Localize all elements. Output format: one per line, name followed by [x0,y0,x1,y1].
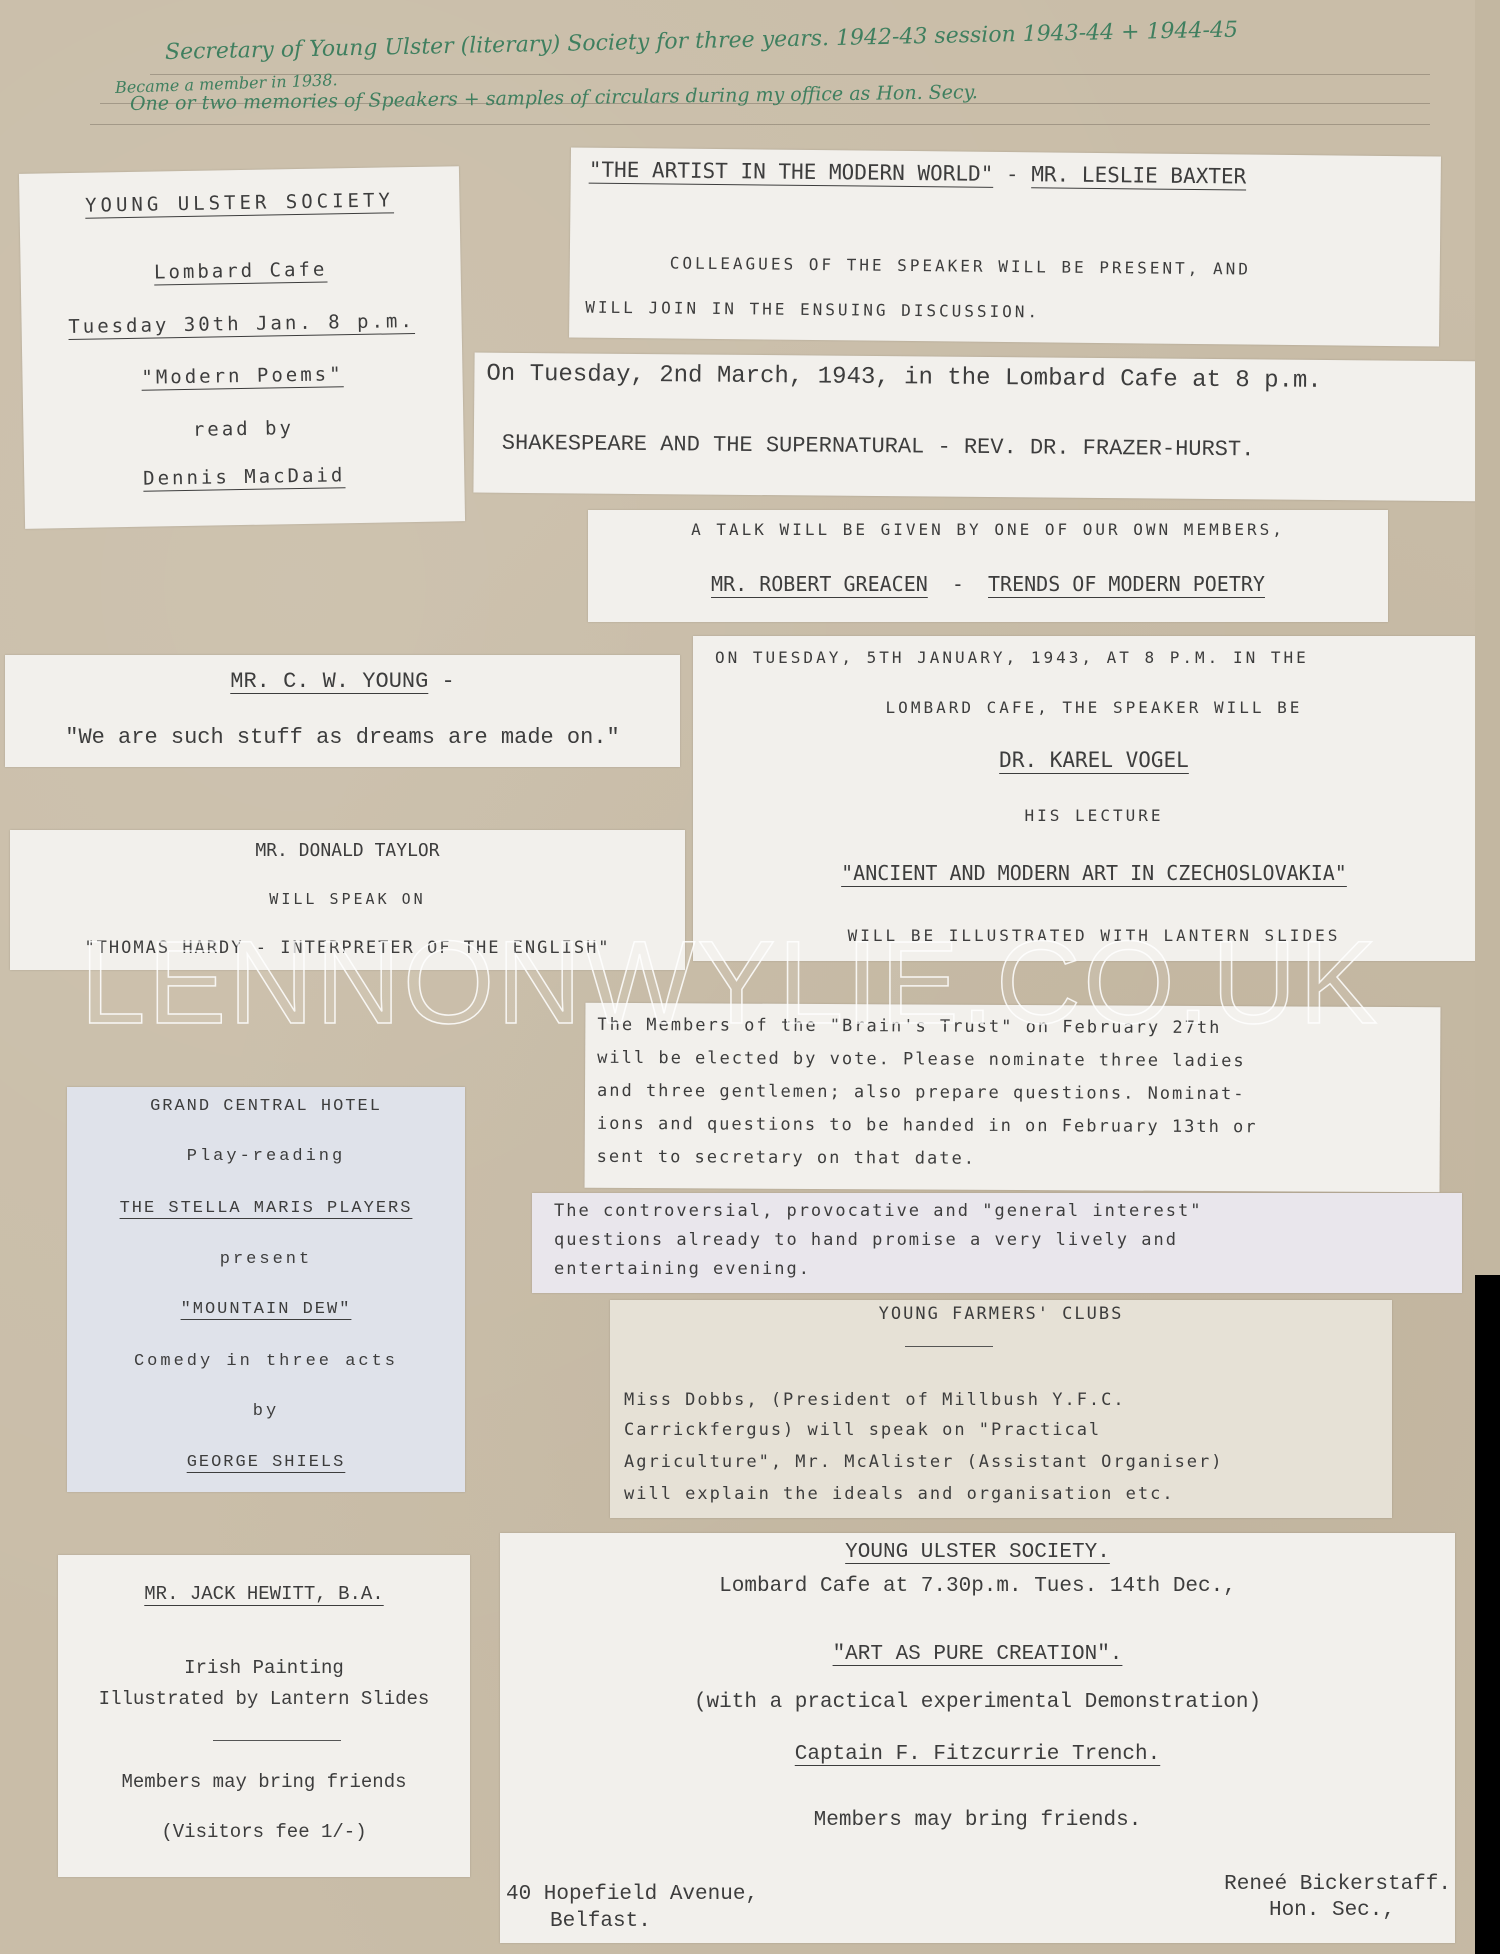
notice-line: ON TUESDAY, 5TH JANUARY, 1943, AT 8 P.M.… [715,648,1309,667]
text-line: sent to secretary on that date. [597,1147,976,1169]
clipping-title: "Modern Poems" [22,361,462,391]
author: GEORGE SHIELS [67,1453,465,1472]
quote: "We are such stuff as dreams are made on… [5,725,680,750]
speaker-name: MR. DONALD TAYLOR [10,840,685,861]
notice-line: COLLEAGUES OF THE SPEAKER WILL BE PRESEN… [670,253,1251,278]
notice-line: WILL BE ILLUSTRATED WITH LANTERN SLIDES [693,926,1475,945]
speaker-name: MR. C. W. YOUNG [230,669,428,694]
notice-line: WILL SPEAK ON [10,890,685,908]
text-line: The Members of the "Brain's Trust" on Fe… [597,1015,1221,1038]
friends-note: Members may bring friends. [500,1809,1455,1832]
visitors-fee: (Visitors fee 1/-) [58,1821,470,1843]
text-line: Miss Dobbs, (President of Millbush Y.F.C… [624,1390,1126,1410]
clipping-date: Tuesday 30th Jan. 8 p.m. [21,309,461,339]
text-line: Agriculture", Mr. McAlister (Assistant O… [624,1452,1224,1472]
genre: Comedy in three acts [67,1352,465,1371]
divider [905,1346,993,1347]
present: present [67,1250,465,1269]
dash: - [952,572,964,596]
speaker-name: DR. KAREL VOGEL [693,748,1475,772]
talk-topic: "THOMAS HARDY - INTERPRETER OF THE ENGLI… [10,938,685,958]
clipping-venue: Lombard Cafe [21,256,461,286]
dash: - [442,669,455,694]
clipping-donald-taylor: MR. DONALD TAYLOR WILL SPEAK ON "THOMAS … [10,830,685,970]
notice-line: LOMBARD CAFE, THE SPEAKER WILL BE [693,698,1475,717]
text-line: ions and questions to be handed in on Fe… [597,1114,1258,1137]
lecture-title: SHAKESPEARE AND THE SUPERNATURAL - REV. … [502,431,1255,463]
clipping-grand-central: GRAND CENTRAL HOTEL Play-reading THE STE… [67,1087,465,1492]
lecture-title: "ANCIENT AND MODERN ART IN CZECHOSLOVAKI… [693,861,1475,885]
players: THE STELLA MARIS PLAYERS [67,1199,465,1218]
speaker-name: Captain F. Fitzcurrie Trench. [500,1743,1455,1766]
speaker-name: MR. JACK HEWITT, B.A. [58,1583,470,1605]
text-line: The controversial, provocative and "gene… [554,1201,1202,1221]
text-line: entertaining evening. [554,1259,811,1279]
lecture-subtitle: (with a practical experimental Demonstra… [500,1691,1455,1714]
scrapbook-page: Secretary of Young Ulster (literary) Soc… [0,0,1475,1954]
event-when: Lombard Cafe at 7.30p.m. Tues. 14th Dec.… [500,1575,1455,1598]
clipping-brains-trust: The Members of the "Brain's Trust" on Fe… [585,1003,1441,1192]
play-title: "MOUNTAIN DEW" [67,1300,465,1319]
clipping-heading: YOUNG FARMERS' CLUBS [610,1304,1392,1324]
notice-date-line: On Tuesday, 2nd March, 1943, in the Lomb… [486,361,1322,395]
text-line: questions already to hand promise a very… [554,1230,1178,1250]
clipping-young-farmers: YOUNG FARMERS' CLUBS Miss Dobbs, (Presid… [610,1300,1392,1518]
ruled-line [90,124,1430,125]
address-line: Belfast. [550,1910,651,1933]
clipping-heading: YOUNG ULSTER SOCIETY [19,188,459,218]
page-edge [1475,0,1500,1275]
venue: GRAND CENTRAL HOTEL [67,1097,465,1116]
signature-title: Hon. Sec., [1269,1899,1395,1922]
signature-name: Reneé Bickerstaff. [1224,1873,1451,1896]
clipping-controversial: The controversial, provocative and "gene… [532,1193,1462,1293]
event-type: Play-reading [67,1147,465,1166]
notice-line: WILL JOIN IN THE ENSUING DISCUSSION. [585,298,1040,322]
clipping-heading: YOUNG ULSTER SOCIETY. [500,1541,1455,1564]
by: by [67,1402,465,1421]
handwritten-note-secretary: Secretary of Young Ulster (literary) Soc… [165,18,1238,65]
clipping-read-by: read by [23,414,463,444]
talk-subtitle: Illustrated by Lantern Slides [58,1688,470,1710]
speaker-name: MR. LESLIE BAXTER [1031,162,1246,188]
clipping-modern-poems: YOUNG ULSTER SOCIETY Lombard Cafe Tuesda… [19,166,465,529]
clipping-pure-creation: YOUNG ULSTER SOCIETY. Lombard Cafe at 7.… [500,1533,1455,1943]
dash: - [1006,162,1019,186]
text-line: Carrickfergus) will speak on "Practical [624,1420,1101,1440]
lecture-title: "ART AS PURE CREATION". [500,1643,1455,1666]
address-line: 40 Hopefield Avenue, [506,1883,758,1906]
clipping-artist-modern-world: "THE ARTIST IN THE MODERN WORLD" - MR. L… [569,147,1441,346]
talk-topic: TRENDS OF MODERN POETRY [988,572,1265,596]
clipping-karel-vogel: ON TUESDAY, 5TH JANUARY, 1943, AT 8 P.M.… [693,636,1475,961]
text-line: will explain the ideals and organisation… [624,1484,1175,1504]
notice-line: HIS LECTURE [693,806,1475,825]
divider [213,1740,341,1741]
talk-topic: Irish Painting [58,1657,470,1679]
lecture-title: "THE ARTIST IN THE MODERN WORLD" [589,158,994,186]
ruled-line [150,74,1430,75]
text-line: will be elected by vote. Please nominate… [597,1048,1246,1071]
notice-line: A TALK WILL BE GIVEN BY ONE OF OUR OWN M… [588,520,1388,539]
clipping-cw-young: MR. C. W. YOUNG - "We are such stuff as … [5,655,680,767]
clipping-shakespeare: On Tuesday, 2nd March, 1943, in the Lomb… [473,353,1475,502]
clipping-reader: Dennis MacDaid [24,462,464,492]
text-line: and three gentlemen; also prepare questi… [597,1081,1246,1104]
speaker-name: MR. ROBERT GREACEN [711,572,928,596]
friends-note: Members may bring friends [58,1771,470,1793]
clipping-greacen: A TALK WILL BE GIVEN BY ONE OF OUR OWN M… [588,510,1388,622]
clipping-jack-hewitt: MR. JACK HEWITT, B.A. Irish Painting Ill… [58,1555,470,1877]
